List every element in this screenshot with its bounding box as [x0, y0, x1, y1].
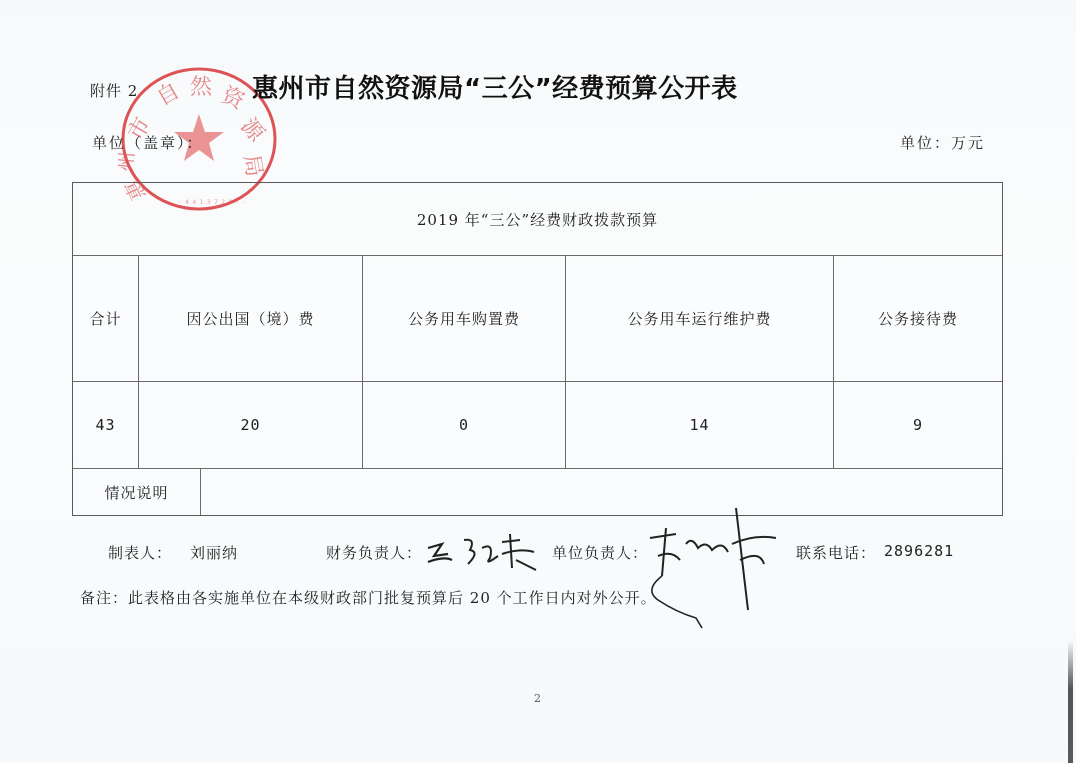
header-vehicle-purchase: 公务用车购置费 — [363, 256, 566, 381]
unit-head-label: 单位负责人： — [552, 542, 648, 563]
preparer-label: 制表人： — [108, 542, 172, 563]
svg-text:然: 然 — [190, 75, 213, 100]
svg-text:州: 州 — [118, 150, 139, 172]
phone-label: 联系电话： — [796, 542, 876, 563]
budget-table: 2019 年“三公”经费财政拨款预算 合计 因公出国（境）费 公务用车购置费 公… — [72, 182, 1003, 516]
table-banner-row: 2019 年“三公”经费财政拨款预算 — [73, 183, 1002, 256]
footnote: 备注：此表格由各实施单位在本级财政部门批复预算后 20 个工作日内对外公开。 — [80, 587, 657, 608]
table-row: 43 20 0 14 9 — [73, 382, 1002, 469]
svg-text:自: 自 — [153, 79, 185, 112]
preparer-name: 刘丽纳 — [190, 542, 238, 563]
page-number: 2 — [534, 692, 541, 705]
svg-text:局: 局 — [238, 153, 266, 179]
value-vehicle-purchase: 0 — [363, 382, 566, 468]
finance-head-label: 财务负责人： — [326, 542, 422, 563]
currency-unit-label: 单位：万元 — [900, 132, 985, 153]
header-vehicle-operation: 公务用车运行维护费 — [566, 256, 834, 381]
table-banner: 2019 年“三公”经费财政拨款预算 — [73, 183, 1002, 255]
svg-text:资: 资 — [217, 83, 248, 115]
scan-edge-mark — [1068, 640, 1073, 763]
unit-seal-label: 单位（盖章）： — [92, 132, 204, 153]
header-reception: 公务接待费 — [834, 256, 1002, 381]
header-total: 合计 — [73, 256, 139, 381]
unit-head-signature — [636, 500, 786, 630]
remarks-label: 情况说明 — [73, 469, 201, 515]
page-title: 惠州市自然资源局“三公”经费预算公开表 — [252, 68, 738, 105]
phone-value: 2896281 — [884, 542, 954, 560]
svg-text:源: 源 — [235, 114, 269, 148]
table-header-row: 合计 因公出国（境）费 公务用车购置费 公务用车运行维护费 公务接待费 — [73, 256, 1002, 382]
finance-head-signature — [424, 526, 548, 576]
value-total: 43 — [73, 382, 139, 468]
remarks-value — [201, 469, 1002, 515]
value-vehicle-operation: 14 — [566, 382, 834, 468]
value-reception: 9 — [834, 382, 1002, 468]
value-overseas-travel: 20 — [139, 382, 363, 468]
header-overseas-travel: 因公出国（境）费 — [139, 256, 363, 381]
attachment-label: 附件 2 — [90, 80, 138, 101]
table-remarks-row: 情况说明 — [73, 469, 1002, 515]
